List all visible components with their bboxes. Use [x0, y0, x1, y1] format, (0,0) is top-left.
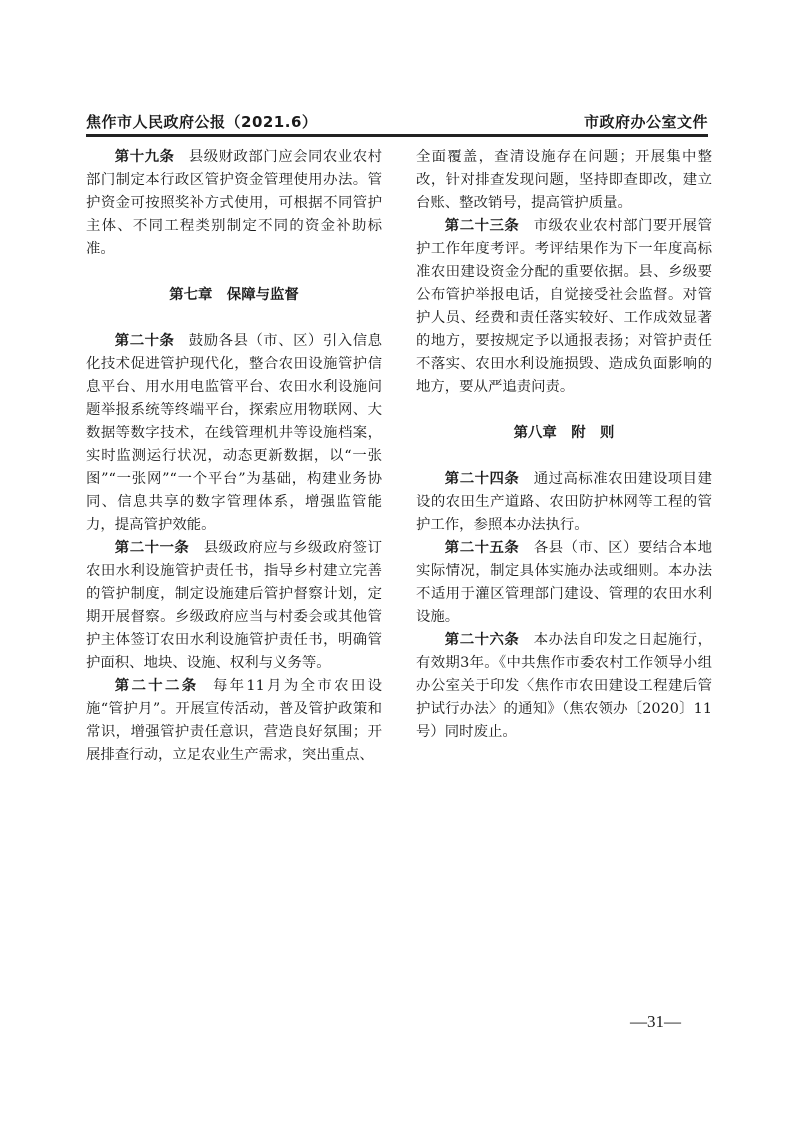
article-20: 第二十条鼓励各县（市、区）引入信息化技术促进管护现代化，整合农田设施管护信息平台…	[86, 330, 382, 537]
article-label: 第十九条	[115, 149, 175, 165]
article-23: 第二十三条市级农业农村部门要开展管护工作年度考评。考评结果作为下一年度高标准农田…	[416, 215, 712, 399]
left-column: 第十九条县级财政部门应会同农业农村部门制定本行政区管护资金管理使用办法。管护资金…	[86, 146, 382, 767]
publication-title: 焦作市人民政府公报（2021.6）	[86, 111, 317, 134]
section-title: 市政府办公室文件	[584, 111, 708, 134]
article-text: 本办法自印发之日起施行，有效期3年。《中共焦作市委农村工作领导小组办公室关于印发…	[416, 632, 712, 740]
article-label: 第二十五条	[445, 540, 520, 556]
article-label: 第二十四条	[445, 471, 520, 487]
article-label: 第二十三条	[445, 218, 520, 234]
article-25: 第二十五条各县（市、区）要结合本地实际情况，制定具体实施办法或细则。本办法不适用…	[416, 537, 712, 629]
chapter-heading: 第七章 保障与监督	[86, 284, 382, 307]
article-24: 第二十四条通过高标准农田建设项目建设的农田生产道路、农田防护林网等工程的管护工作…	[416, 468, 712, 537]
article-text: 县级政府应与乡级政府签订农田水利设施管护责任书，指导乡村建立完善的管护制度，制定…	[86, 540, 382, 671]
article-label: 第二十条	[115, 333, 175, 349]
right-column: 全面覆盖，查清设施存在问题；开展集中整改，针对排查发现问题，坚持即查即改，建立台…	[416, 146, 712, 744]
article-text: 市级农业农村部门要开展管护工作年度考评。考评结果作为下一年度高标准农田建设资金分…	[416, 218, 712, 395]
article-21: 第二十一条县级政府应与乡级政府签订农田水利设施管护责任书，指导乡村建立完善的管护…	[86, 537, 382, 675]
article-label: 第二十二条	[115, 678, 199, 694]
article-label: 第二十一条	[115, 540, 190, 556]
article-26: 第二十六条本办法自印发之日起施行，有效期3年。《中共焦作市委农村工作领导小组办公…	[416, 629, 712, 744]
article-22-continued: 全面覆盖，查清设施存在问题；开展集中整改，针对排查发现问题，坚持即查即改，建立台…	[416, 146, 712, 215]
article-text: 县级财政部门应会同农业农村部门制定本行政区管护资金管理使用办法。管护资金可按照奖…	[86, 149, 382, 257]
page-header: 焦作市人民政府公报（2021.6） 市政府办公室文件	[86, 108, 708, 137]
article-label: 第二十六条	[445, 632, 520, 648]
page-number: —31—	[630, 1012, 681, 1032]
article-22: 第二十二条每年11月为全市农田设施“管护月”。开展宣传活动，普及管护政策和常识，…	[86, 675, 382, 767]
chapter-heading: 第八章 附 则	[416, 422, 712, 445]
article-19: 第十九条县级财政部门应会同农业农村部门制定本行政区管护资金管理使用办法。管护资金…	[86, 146, 382, 261]
article-text: 鼓励各县（市、区）引入信息化技术促进管护现代化，整合农田设施管护信息平台、用水用…	[86, 333, 382, 533]
